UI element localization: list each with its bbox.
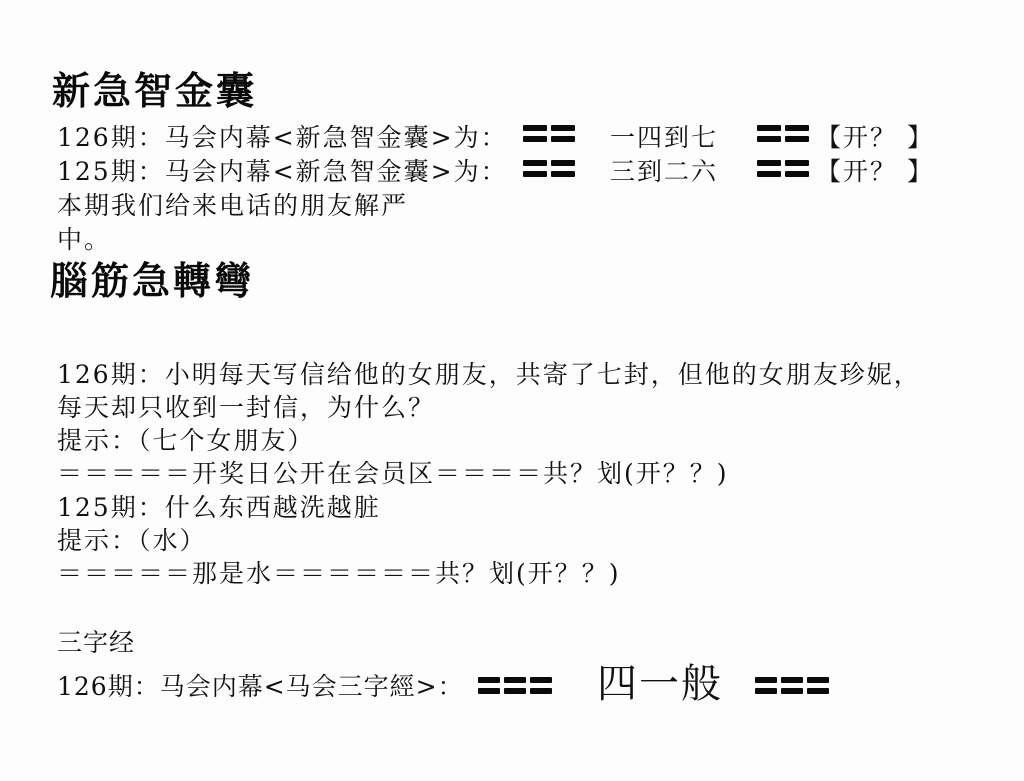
row-125-label: 125期：马会内幕<新急智金囊>为： [57, 159, 508, 184]
riddle-126-question-line-2: 每天却只收到一封信，为什么？ [57, 395, 435, 420]
riddle-125-answer: ＝＝＝＝＝那是水＝＝＝＝＝＝共？划(开？？) [57, 561, 621, 586]
sanzijing-126-answer: 四一般 [597, 664, 723, 704]
riddle-125-question: 125期：什么东西越洗越脏 [57, 495, 381, 520]
block-bars-icon [523, 125, 575, 142]
block-bars-icon [755, 677, 829, 694]
block-bars-icon [478, 677, 552, 694]
row-125-suffix: 【开？ 】 [816, 159, 934, 184]
sanzijing-126-label: 126期：马会内幕<马会三字經>： [57, 674, 464, 699]
row-126-answer: 一四到七 [610, 125, 718, 150]
note-line-2: 中。 [57, 227, 111, 252]
section-title-xinjizhi-jinnang: 新急智金囊 [52, 72, 257, 110]
riddle-125-hint: 提示：（水） [57, 528, 207, 553]
riddle-126-question-line-1: 126期：小明每天写信给他的女朋友，共寄了七封，但他的女朋友珍妮， [57, 362, 921, 387]
row-126-label: 126期：马会内幕<新急智金囊>为： [57, 125, 508, 150]
row-125-answer: 三到二六 [610, 159, 718, 184]
block-bars-icon [523, 160, 575, 177]
riddle-126-hint: 提示：（七个女朋友） [57, 428, 315, 453]
block-bars-icon [757, 160, 809, 177]
riddle-126-answer-notice: ＝＝＝＝＝开奖日公开在会员区＝＝＝＝共？划(开？？) [57, 461, 729, 486]
row-126-suffix: 【开？ 】 [816, 125, 934, 150]
section-title-sanzijing: 三字经 [57, 630, 135, 655]
note-line-1: 本期我们给来电话的朋友解严 [57, 193, 408, 218]
section-title-naojin-jizhuanwan: 腦筋急轉彎 [50, 262, 255, 300]
block-bars-icon [757, 125, 809, 142]
